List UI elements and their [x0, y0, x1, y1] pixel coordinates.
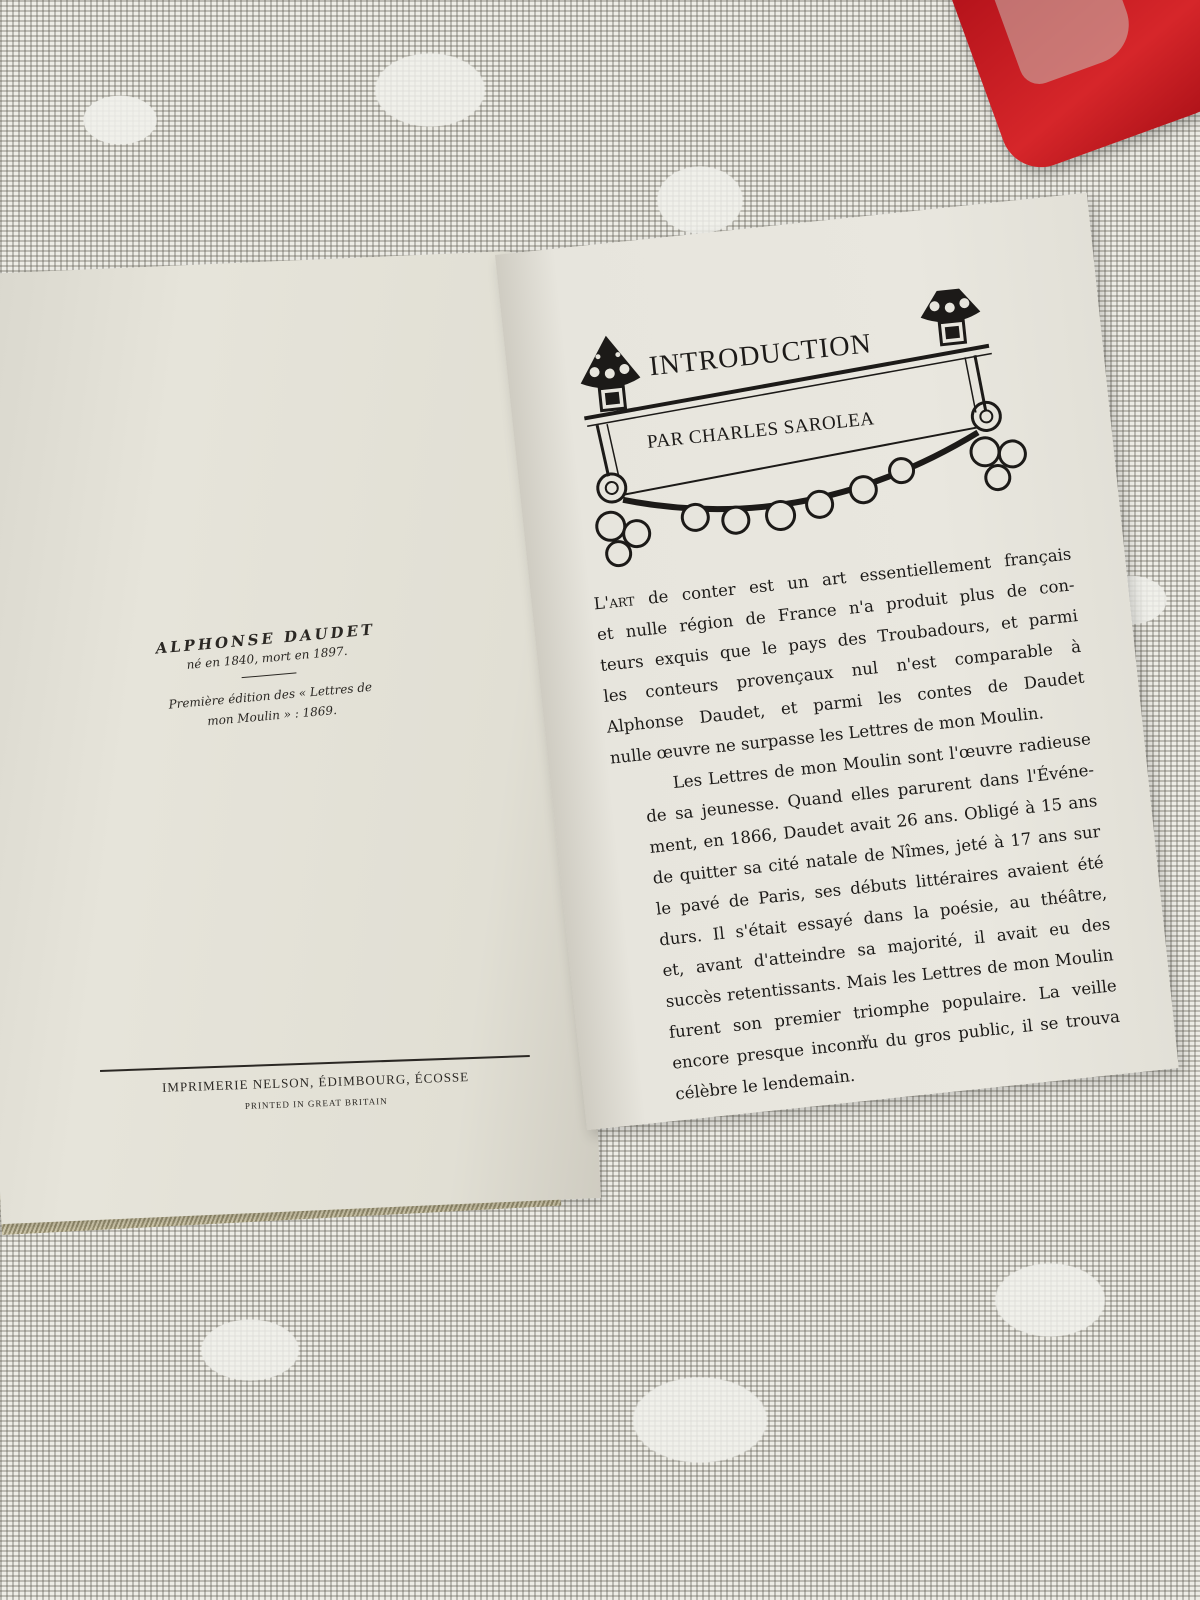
divider: [241, 672, 296, 678]
opening-words: L'art: [593, 590, 636, 613]
page-number: v: [861, 1030, 870, 1048]
introduction-body: L'art de conter est un art essentielleme…: [592, 538, 1124, 1112]
ornamental-header: INTRODUCTION PAR CHARLES SAROLEA: [565, 282, 1049, 579]
open-book: ALPHONSE DAUDET né en 1840, mort en 1897…: [0, 0, 1200, 1600]
paragraph-2: Les Lettres de mon Moulin sont l'œuvre r…: [612, 723, 1125, 1112]
introduction-page: INTRODUCTION PAR CHARLES SAROLEA L'art d…: [565, 278, 1145, 1113]
author-info: ALPHONSE DAUDET né en 1840, mort en 1897…: [150, 620, 387, 736]
